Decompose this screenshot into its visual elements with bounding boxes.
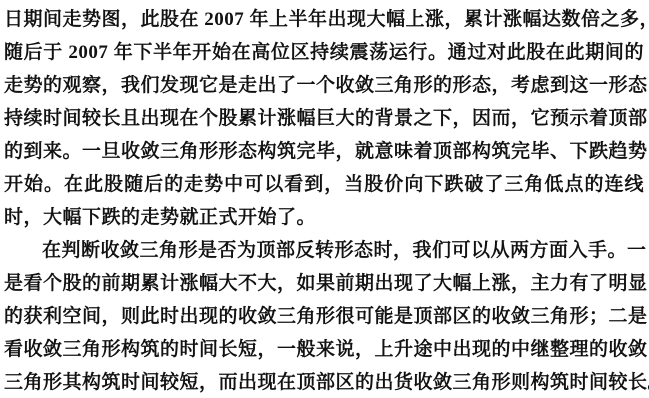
- text-line-12: 三角形其构筑时间较短，而出现在顶部区的出货收敛三角形则构筑时间较长。: [4, 366, 644, 398]
- text-line-7: 时，大幅下跌的走势就正式开始了。: [4, 201, 644, 234]
- text-line-11: 看收敛三角形构筑的时间长短，一般来说，上升途中出现的中继整理的收敛: [4, 333, 644, 366]
- text-line-10: 的获利空间，则此时出现的收敛三角形很可能是顶部区的收敛三角形；二是: [4, 300, 644, 333]
- text-line-9: 是看个股的前期累计涨幅大不大，如果前期出现了大幅上涨，主力有了明显: [4, 267, 644, 300]
- text-line-4: 持续时间较长且出现在个股累计涨幅巨大的背景之下，因而，它预示着顶部: [4, 102, 644, 135]
- text-line-8: 在判断收敛三角形是否为顶部反转形态时，我们可以从两方面入手。一: [4, 234, 644, 267]
- document-page: 日期间走势图，此股在 2007 年上半年出现大幅上涨，累计涨幅达数倍之多， 随后…: [0, 0, 649, 398]
- text-line-6: 开始。在此股随后的走势中可以看到，当股价向下跌破了三角低点的连线: [4, 168, 644, 201]
- text-line-1: 日期间走势图，此股在 2007 年上半年出现大幅上涨，累计涨幅达数倍之多，: [4, 3, 644, 36]
- text-line-2: 随后于 2007 年下半年开始在高位区持续震荡运行。通过对此股在此期间的: [4, 36, 644, 69]
- text-line-3: 走势的观察，我们发现它是走出了一个收敛三角形的形态，考虑到这一形态: [4, 69, 644, 102]
- text-line-5: 的到来。一旦收敛三角形形态构筑完毕，就意味着顶部构筑完毕、下跌趋势: [4, 135, 644, 168]
